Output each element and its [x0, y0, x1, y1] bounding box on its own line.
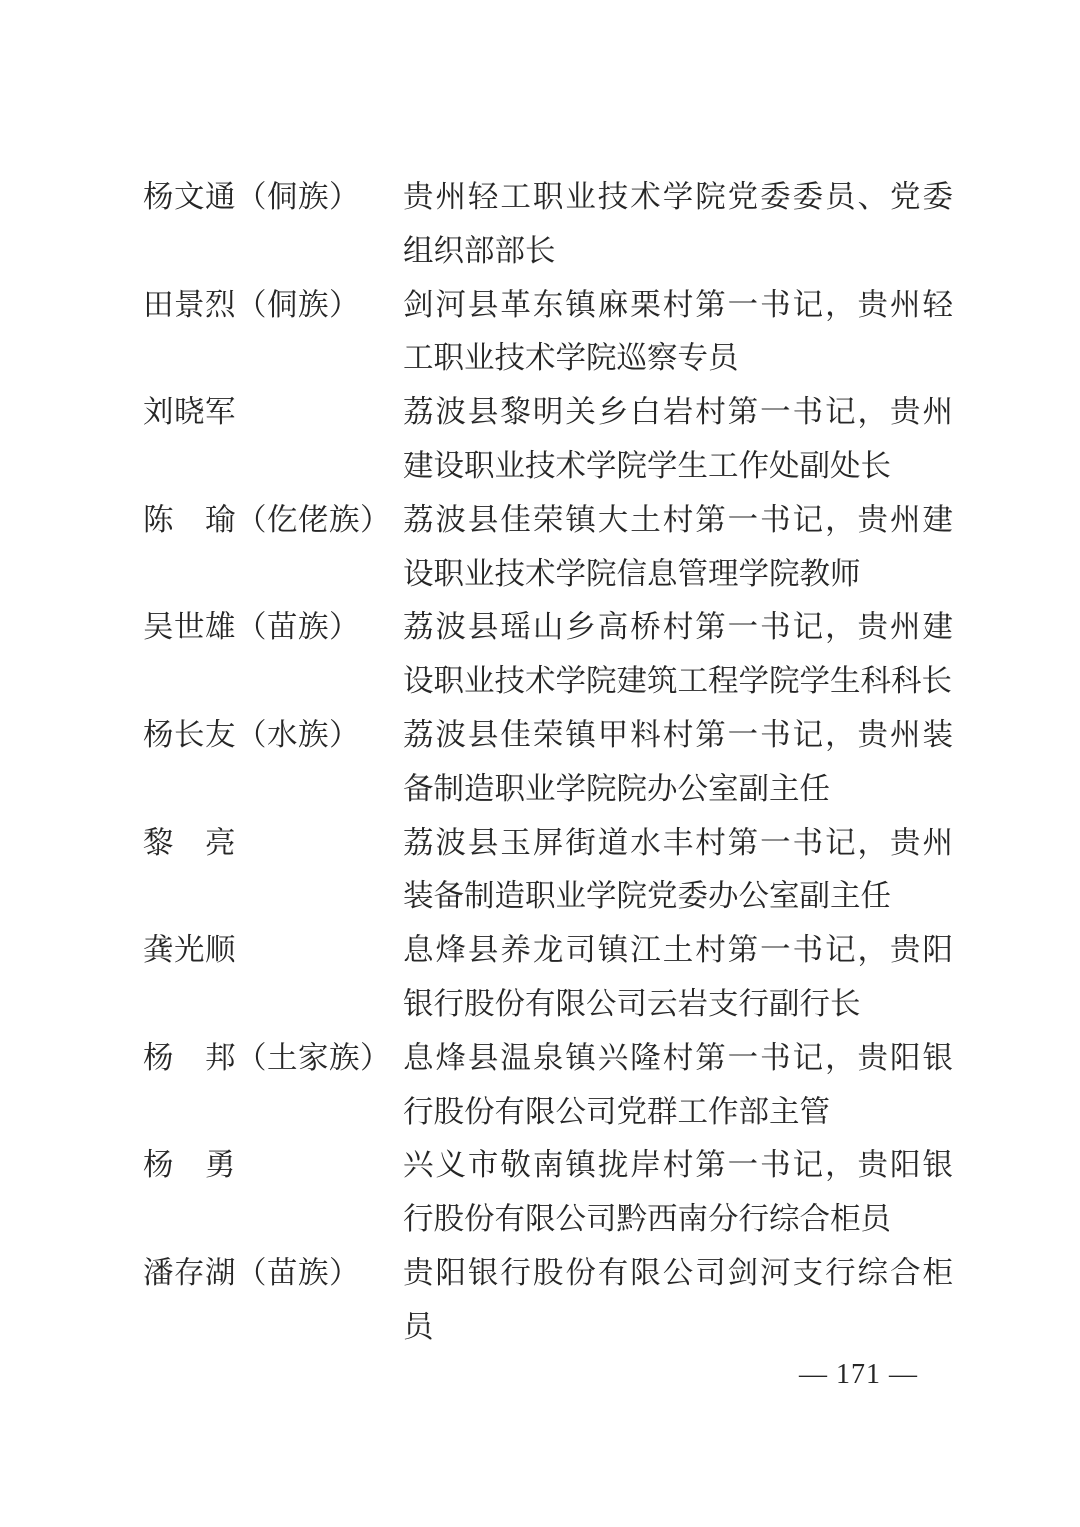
list-entry: 龚光顺 息烽县养龙司镇江土村第一书记，贵阳银行股份有限公司云岩支行副行长: [143, 924, 953, 1032]
position-line: 银行股份有限公司云岩支行副行长: [403, 978, 953, 1032]
person-name-cell: 田景烈（侗族）: [143, 279, 403, 333]
person-name-cell: 杨长友（水族）: [143, 709, 403, 763]
position-description: 荔波县黎明关乡白岩村第一书记，贵州建设职业技术学院学生工作处副处长: [403, 386, 953, 494]
list-entry: 吴世雄（苗族） 荔波县瑶山乡高桥村第一书记，贵州建设职业技术学院建筑工程学院学生…: [143, 601, 953, 709]
position-line: 荔波县佳荣镇大土村第一书记，贵州建: [403, 494, 953, 548]
ethnicity-label: （苗族）: [236, 1256, 360, 1290]
position-line: 组织部部长: [403, 225, 953, 279]
ethnicity-label: （土家族）: [236, 1041, 391, 1075]
person-name: 吴世雄: [143, 610, 236, 644]
page-number: — 171 —: [799, 1358, 918, 1392]
position-description: 荔波县佳荣镇大土村第一书记，贵州建设职业技术学院信息管理学院教师: [403, 494, 953, 602]
list-entry: 陈 瑜（仡佬族） 荔波县佳荣镇大土村第一书记，贵州建设职业技术学院信息管理学院教…: [143, 494, 953, 602]
position-line: 荔波县玉屏街道水丰村第一书记，贵州: [403, 817, 953, 871]
position-line: 装备制造职业学院党委办公室副主任: [403, 870, 953, 924]
list-entry: 黎 亮 荔波县玉屏街道水丰村第一书记，贵州装备制造职业学院党委办公室副主任: [143, 817, 953, 925]
person-name-cell: 杨 邦（土家族）: [143, 1032, 403, 1086]
ethnicity-label: （侗族）: [236, 288, 360, 322]
person-name: 杨长友: [143, 718, 236, 752]
position-line: 设职业技术学院建筑工程学院学生科科长: [403, 655, 953, 709]
person-name: 陈 瑜: [143, 503, 236, 537]
ethnicity-label: （苗族）: [236, 610, 360, 644]
position-line: 荔波县瑶山乡高桥村第一书记，贵州建: [403, 601, 953, 655]
position-line: 备制造职业学院院办公室副主任: [403, 763, 953, 817]
list-entry: 杨 勇 兴义市敬南镇拢岸村第一书记，贵阳银行股份有限公司黔西南分行综合柜员: [143, 1139, 953, 1247]
person-name: 杨 邦: [143, 1041, 236, 1075]
position-line: 息烽县温泉镇兴隆村第一书记，贵阳银: [403, 1032, 953, 1086]
person-name-cell: 陈 瑜（仡佬族）: [143, 494, 403, 548]
position-description: 贵州轻工职业技术学院党委委员、党委组织部部长: [403, 171, 953, 279]
position-description: 兴义市敬南镇拢岸村第一书记，贵阳银行股份有限公司黔西南分行综合柜员: [403, 1139, 953, 1247]
person-name-cell: 龚光顺: [143, 924, 403, 978]
position-line: 设职业技术学院信息管理学院教师: [403, 548, 953, 602]
person-name: 黎 亮: [143, 826, 236, 860]
list-entry: 潘存湖（苗族） 贵阳银行股份有限公司剑河支行综合柜员: [143, 1247, 953, 1355]
position-line: 贵州轻工职业技术学院党委委员、党委: [403, 171, 953, 225]
person-name: 杨 勇: [143, 1148, 236, 1182]
position-line: 行股份有限公司黔西南分行综合柜员: [403, 1193, 953, 1247]
position-line: 行股份有限公司党群工作部主管: [403, 1086, 953, 1140]
person-name-cell: 吴世雄（苗族）: [143, 601, 403, 655]
position-description: 剑河县革东镇麻栗村第一书记，贵州轻工职业技术学院巡察专员: [403, 279, 953, 387]
position-description: 荔波县玉屏街道水丰村第一书记，贵州装备制造职业学院党委办公室副主任: [403, 817, 953, 925]
ethnicity-label: （仡佬族）: [236, 503, 391, 537]
person-name-cell: 潘存湖（苗族）: [143, 1247, 403, 1301]
person-name: 田景烈: [143, 288, 236, 322]
person-name: 龚光顺: [143, 933, 236, 967]
person-name-cell: 刘晓军: [143, 386, 403, 440]
position-line: 荔波县佳荣镇甲料村第一书记，贵州装: [403, 709, 953, 763]
position-description: 息烽县温泉镇兴隆村第一书记，贵阳银行股份有限公司党群工作部主管: [403, 1032, 953, 1140]
person-name: 潘存湖: [143, 1256, 236, 1290]
position-line: 兴义市敬南镇拢岸村第一书记，贵阳银: [403, 1139, 953, 1193]
list-entry: 杨长友（水族） 荔波县佳荣镇甲料村第一书记，贵州装备制造职业学院院办公室副主任: [143, 709, 953, 817]
person-name: 刘晓军: [143, 395, 236, 429]
person-name-cell: 杨 勇: [143, 1139, 403, 1193]
list-entry: 刘晓军 荔波县黎明关乡白岩村第一书记，贵州建设职业技术学院学生工作处副处长: [143, 386, 953, 494]
position-description: 荔波县佳荣镇甲料村第一书记，贵州装备制造职业学院院办公室副主任: [403, 709, 953, 817]
position-line: 贵阳银行股份有限公司剑河支行综合柜: [403, 1247, 953, 1301]
position-description: 贵阳银行股份有限公司剑河支行综合柜员: [403, 1247, 953, 1355]
ethnicity-label: （水族）: [236, 718, 360, 752]
position-line: 建设职业技术学院学生工作处副处长: [403, 440, 953, 494]
person-name: 杨文通: [143, 180, 236, 214]
list-entry: 田景烈（侗族） 剑河县革东镇麻栗村第一书记，贵州轻工职业技术学院巡察专员: [143, 279, 953, 387]
ethnicity-label: （侗族）: [236, 180, 360, 214]
position-line: 员: [403, 1301, 953, 1355]
person-name-cell: 黎 亮: [143, 817, 403, 871]
list-entry: 杨 邦（土家族） 息烽县温泉镇兴隆村第一书记，贵阳银行股份有限公司党群工作部主管: [143, 1032, 953, 1140]
appointment-list: 杨文通（侗族） 贵州轻工职业技术学院党委委员、党委组织部部长 田景烈（侗族） 剑…: [143, 171, 953, 1355]
person-name-cell: 杨文通（侗族）: [143, 171, 403, 225]
document-page: 杨文通（侗族） 贵州轻工职业技术学院党委委员、党委组织部部长 田景烈（侗族） 剑…: [0, 0, 1080, 1527]
position-line: 工职业技术学院巡察专员: [403, 332, 953, 386]
position-line: 荔波县黎明关乡白岩村第一书记，贵州: [403, 386, 953, 440]
position-description: 息烽县养龙司镇江土村第一书记，贵阳银行股份有限公司云岩支行副行长: [403, 924, 953, 1032]
position-line: 剑河县革东镇麻栗村第一书记，贵州轻: [403, 279, 953, 333]
position-description: 荔波县瑶山乡高桥村第一书记，贵州建设职业技术学院建筑工程学院学生科科长: [403, 601, 953, 709]
position-line: 息烽县养龙司镇江土村第一书记，贵阳: [403, 924, 953, 978]
list-entry: 杨文通（侗族） 贵州轻工职业技术学院党委委员、党委组织部部长: [143, 171, 953, 279]
